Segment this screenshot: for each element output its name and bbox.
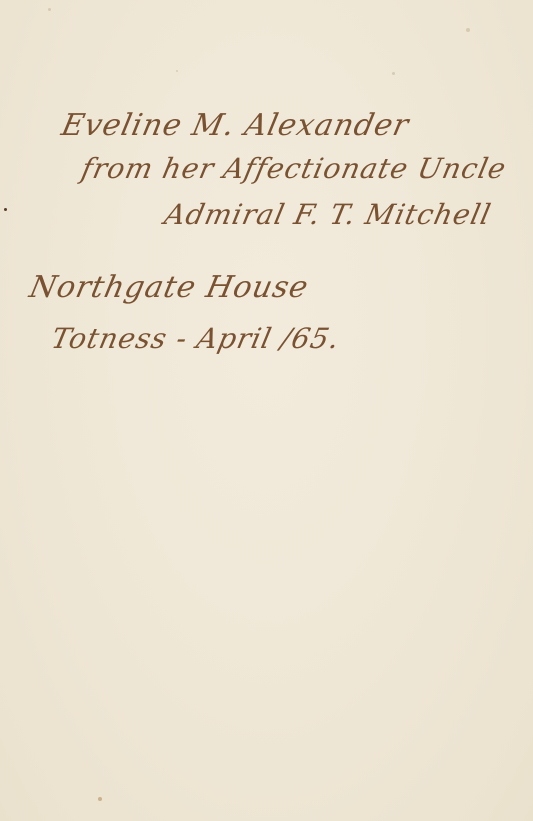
paper-speck [176, 70, 178, 72]
house-line: Northgate House [26, 270, 312, 305]
place-date-line: Totness - April /65. [48, 322, 343, 355]
recipient-line: Eveline M. Alexander [58, 108, 412, 143]
relation-line: from her Affectionate Uncle [78, 152, 509, 185]
paper-speck [466, 28, 470, 32]
paper-speck [98, 797, 102, 801]
inscription-page: Eveline M. Alexander from her Affectiona… [0, 0, 533, 821]
paper-speck [48, 8, 51, 11]
paper-speck [392, 72, 395, 75]
signature-line: Admiral F. T. Mitchell [161, 198, 494, 231]
ink-mark [4, 208, 7, 211]
